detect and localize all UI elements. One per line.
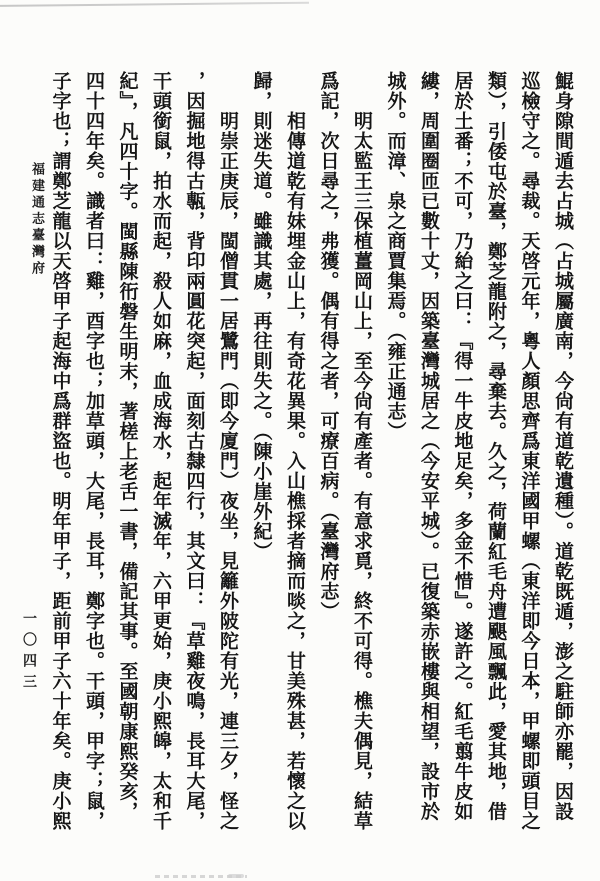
text-column: 紀』，凡四十字。閩縣陳衎磐生明末，著槎上老舌一書，備記其事。至國朝康熙癸亥， — [110, 71, 144, 835]
text-column: 相傳道乾有妹埋金山上，有奇花異果。入山樵採者摘而啖之，甘美殊甚，若懷之以 — [278, 71, 312, 835]
text-column: 城外。而漳、泉之商賈集焉。（雍正通志） — [378, 71, 412, 835]
text-column: 干頭銜鼠，拍水而起，殺人如麻，血成海水，起年滅年，六甲更始，庚小熙皞，太和千 — [144, 71, 178, 835]
scan-artifact-top-line — [0, 2, 309, 7]
text-column: 巡檢守之。尋裁。天啓元年，粵人顏思齊爲東洋國甲螺（東洋即今日本，甲螺即頭目之 — [512, 71, 546, 835]
text-column: 類），引倭屯於臺，鄭芝龍附之，尋棄去。久之，荷蘭紅毛舟遭颶風飄此，愛其地，借 — [479, 71, 513, 835]
text-column: 明崇正庚辰，閩僧貫一居鷺門（即今廈門）夜坐，見籬外陂陀有光，連三夕，怪之 — [211, 71, 245, 835]
text-column: 歸，則迷失道。雖識其處，再往則失之。（陳小崖外紀） — [244, 71, 278, 835]
scanned-book-page: { "colors": { "paper": "#fcfcfa", "ink":… — [0, 0, 600, 881]
text-column: 子字也；謂鄭芝龍以天啓甲子起海中爲群盜也。明年甲子，距前甲子六十年矣。庚小熙 — [43, 71, 77, 835]
text-column: 居於土番；不可，乃紿之曰：『得一牛皮地足矣，多金不惜』。遂許之。紅毛翦牛皮如 — [445, 71, 479, 835]
text-column: 四十四年矣。識者曰：雞，酉字也；加草頭，大尾，長耳，鄭字也。干頭，甲字；鼠， — [77, 71, 111, 835]
main-text-block: 鯤身隙間遁去占城（占城屬廣南，今尙有道乾遺種）。道乾既遁，澎之駐師亦罷，因設巡檢… — [42, 71, 579, 843]
text-column: 爲記，次日尋之，弗獲。偶有得之者，可療百病。（臺灣府志） — [311, 71, 345, 835]
book-title-margin-label: 福建通志臺灣府 — [27, 162, 46, 278]
scan-artifact-smudge — [228, 874, 244, 878]
text-column: 鯤身隙間遁去占城（占城屬廣南，今尙有道乾遺種）。道乾既遁，澎之駐師亦罷，因設 — [546, 71, 580, 835]
text-column: ，因掘地得古甎，背印兩圓花突起，面刻古隸四行，其文曰：『草雞夜鳴，長耳大尾， — [177, 71, 211, 835]
text-column: 縷，周圍圈匝已數十丈，因築臺灣城居之（今安平城）。已復築赤嵌樓與相望，設市於 — [412, 71, 446, 835]
page-number: 一〇四三 — [19, 611, 39, 695]
text-column: 明太監王三保植薑岡山上，至今尙有產者。有意求覓，終不可得。樵夫偶見，結草 — [345, 71, 379, 835]
